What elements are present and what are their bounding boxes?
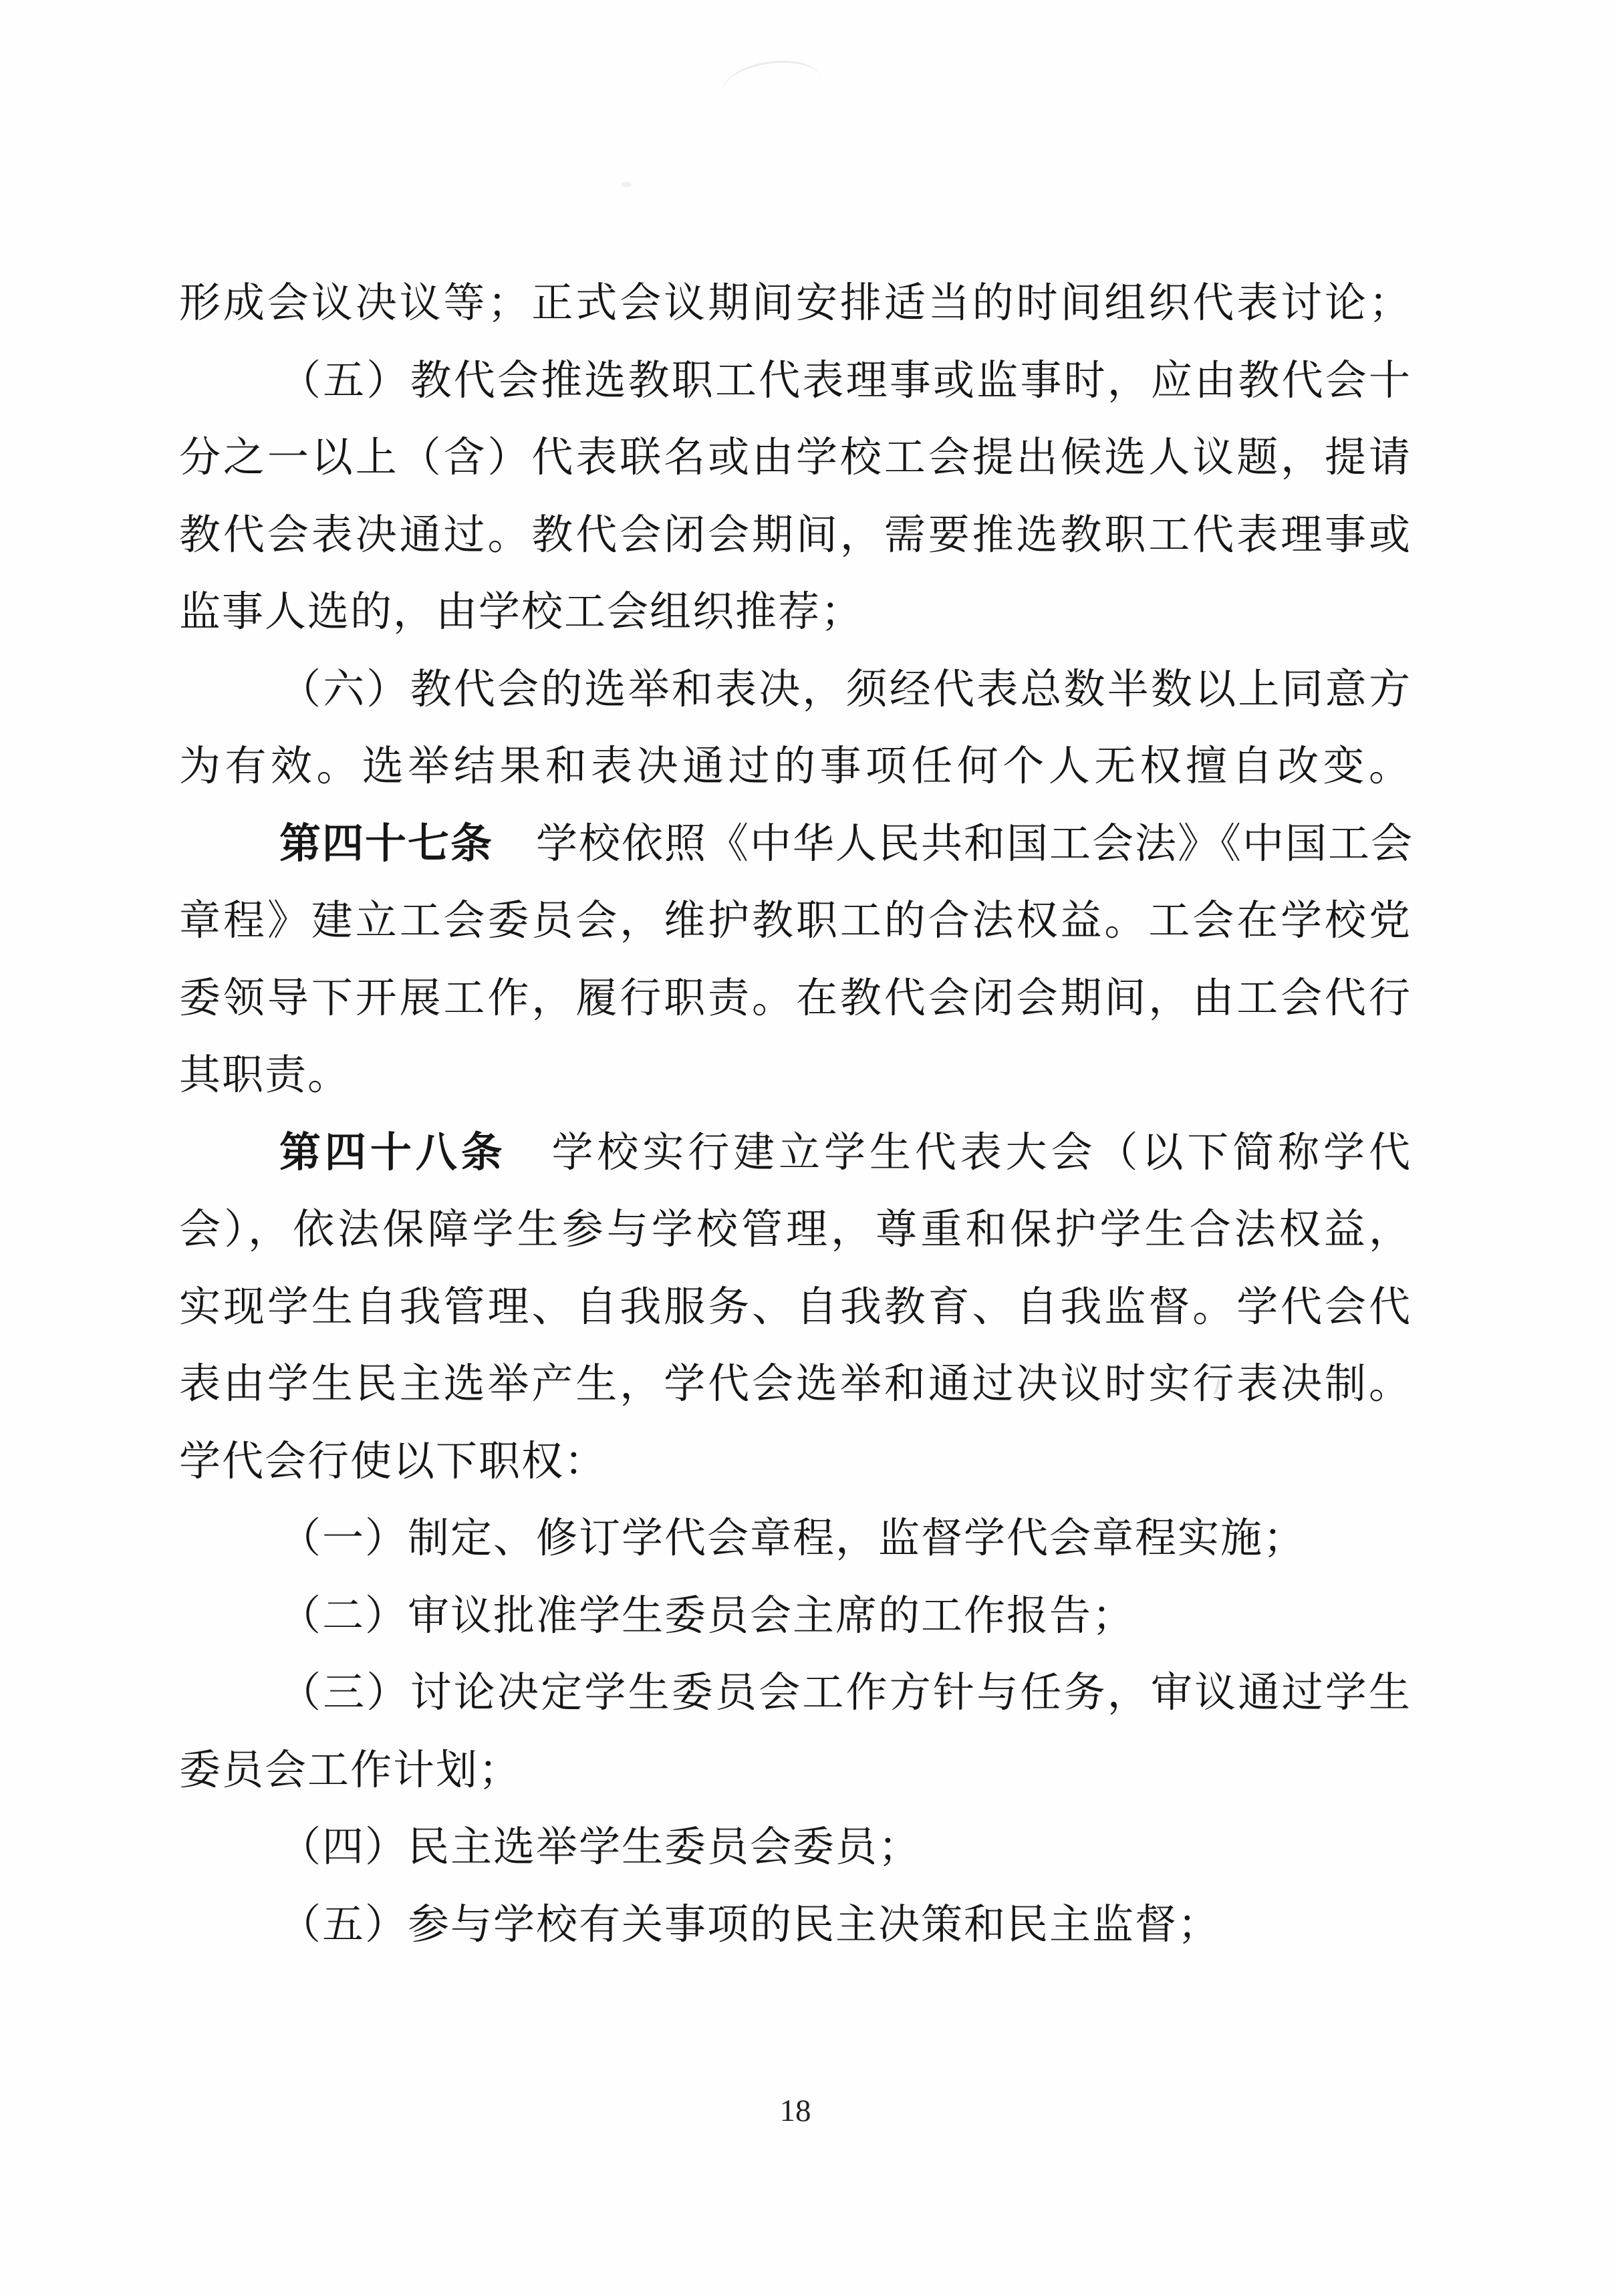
paragraph-line: 教代会表决通过。教代会闭会期间，需要推选教职工代表理事或 [179,497,1412,575]
paragraph-line-item-5b: （五）参与学校有关事项的民主决策和民主监督； [179,1887,1412,1964]
paragraph-line: 学代会行使以下职权： [179,1424,1412,1501]
paragraph-line-article-48: 第四十八条 学校实行建立学生代表大会（以下简称学代 [179,1115,1412,1192]
scan-artifact-speck [622,182,631,187]
scan-artifact-top [719,55,825,117]
article-48-text: 学校实行建立学生代表大会（以下简称学代 [507,1130,1412,1176]
paragraph-line: 章程》建立工会委员会，维护教职工的合法权益。工会在学校党 [179,883,1412,961]
paragraph-line-item-4: （四）民主选举学生委员会委员； [179,1809,1412,1887]
paragraph-line-item-2: （二）审议批准学生委员会主席的工作报告； [179,1578,1412,1656]
paragraph-line: 委领导下开展工作，履行职责。在教代会闭会期间，由工会代行 [179,961,1412,1038]
document-page: 形成会议决议等；正式会议期间安排适当的时间组织代表讨论； （五）教代会推选教职工… [0,0,1610,2296]
paragraph-line: 分之一以上（含）代表联名或由学校工会提出候选人议题，提请 [179,420,1412,497]
paragraph-line-item-1: （一）制定、修订学代会章程，监督学代会章程实施； [179,1501,1412,1578]
paragraph-line-item-3: （三）讨论决定学生委员会工作方针与任务，审议通过学生 [179,1655,1412,1733]
paragraph-line-article-47: 第四十七条 学校依照《中华人民共和国工会法》《中国工会 [179,806,1412,884]
article-48-number: 第四十八条 [279,1130,507,1176]
paragraph-line-item-6: （六）教代会的选举和表决，须经代表总数半数以上同意方 [179,652,1412,729]
paragraph-line: 委员会工作计划； [179,1733,1412,1810]
page-number: 18 [0,2091,1591,2131]
paragraph-line: 为有效。选举结果和表决通过的事项任何个人无权擅自改变。 [179,729,1412,806]
paragraph-line: 表由学生民主选举产生，学代会选举和通过决议时实行表决制。 [179,1346,1412,1424]
paragraph-line: 实现学生自我管理、自我服务、自我教育、自我监督。学代会代 [179,1269,1412,1347]
paragraph-line: 形成会议决议等；正式会议期间安排适当的时间组织代表讨论； [179,265,1412,343]
paragraph-line: 其职责。 [179,1037,1412,1115]
paragraph-line: 会），依法保障学生参与学校管理，尊重和保护学生合法权益， [179,1192,1412,1269]
article-47-text: 学校依照《中华人民共和国工会法》《中国工会 [493,821,1414,867]
article-47-number: 第四十七条 [279,821,493,867]
document-body: 形成会议决议等；正式会议期间安排适当的时间组织代表讨论； （五）教代会推选教职工… [179,265,1412,1964]
paragraph-line-item-5: （五）教代会推选教职工代表理事或监事时，应由教代会十 [179,343,1412,420]
paragraph-line: 监事人选的，由学校工会组织推荐； [179,574,1412,652]
